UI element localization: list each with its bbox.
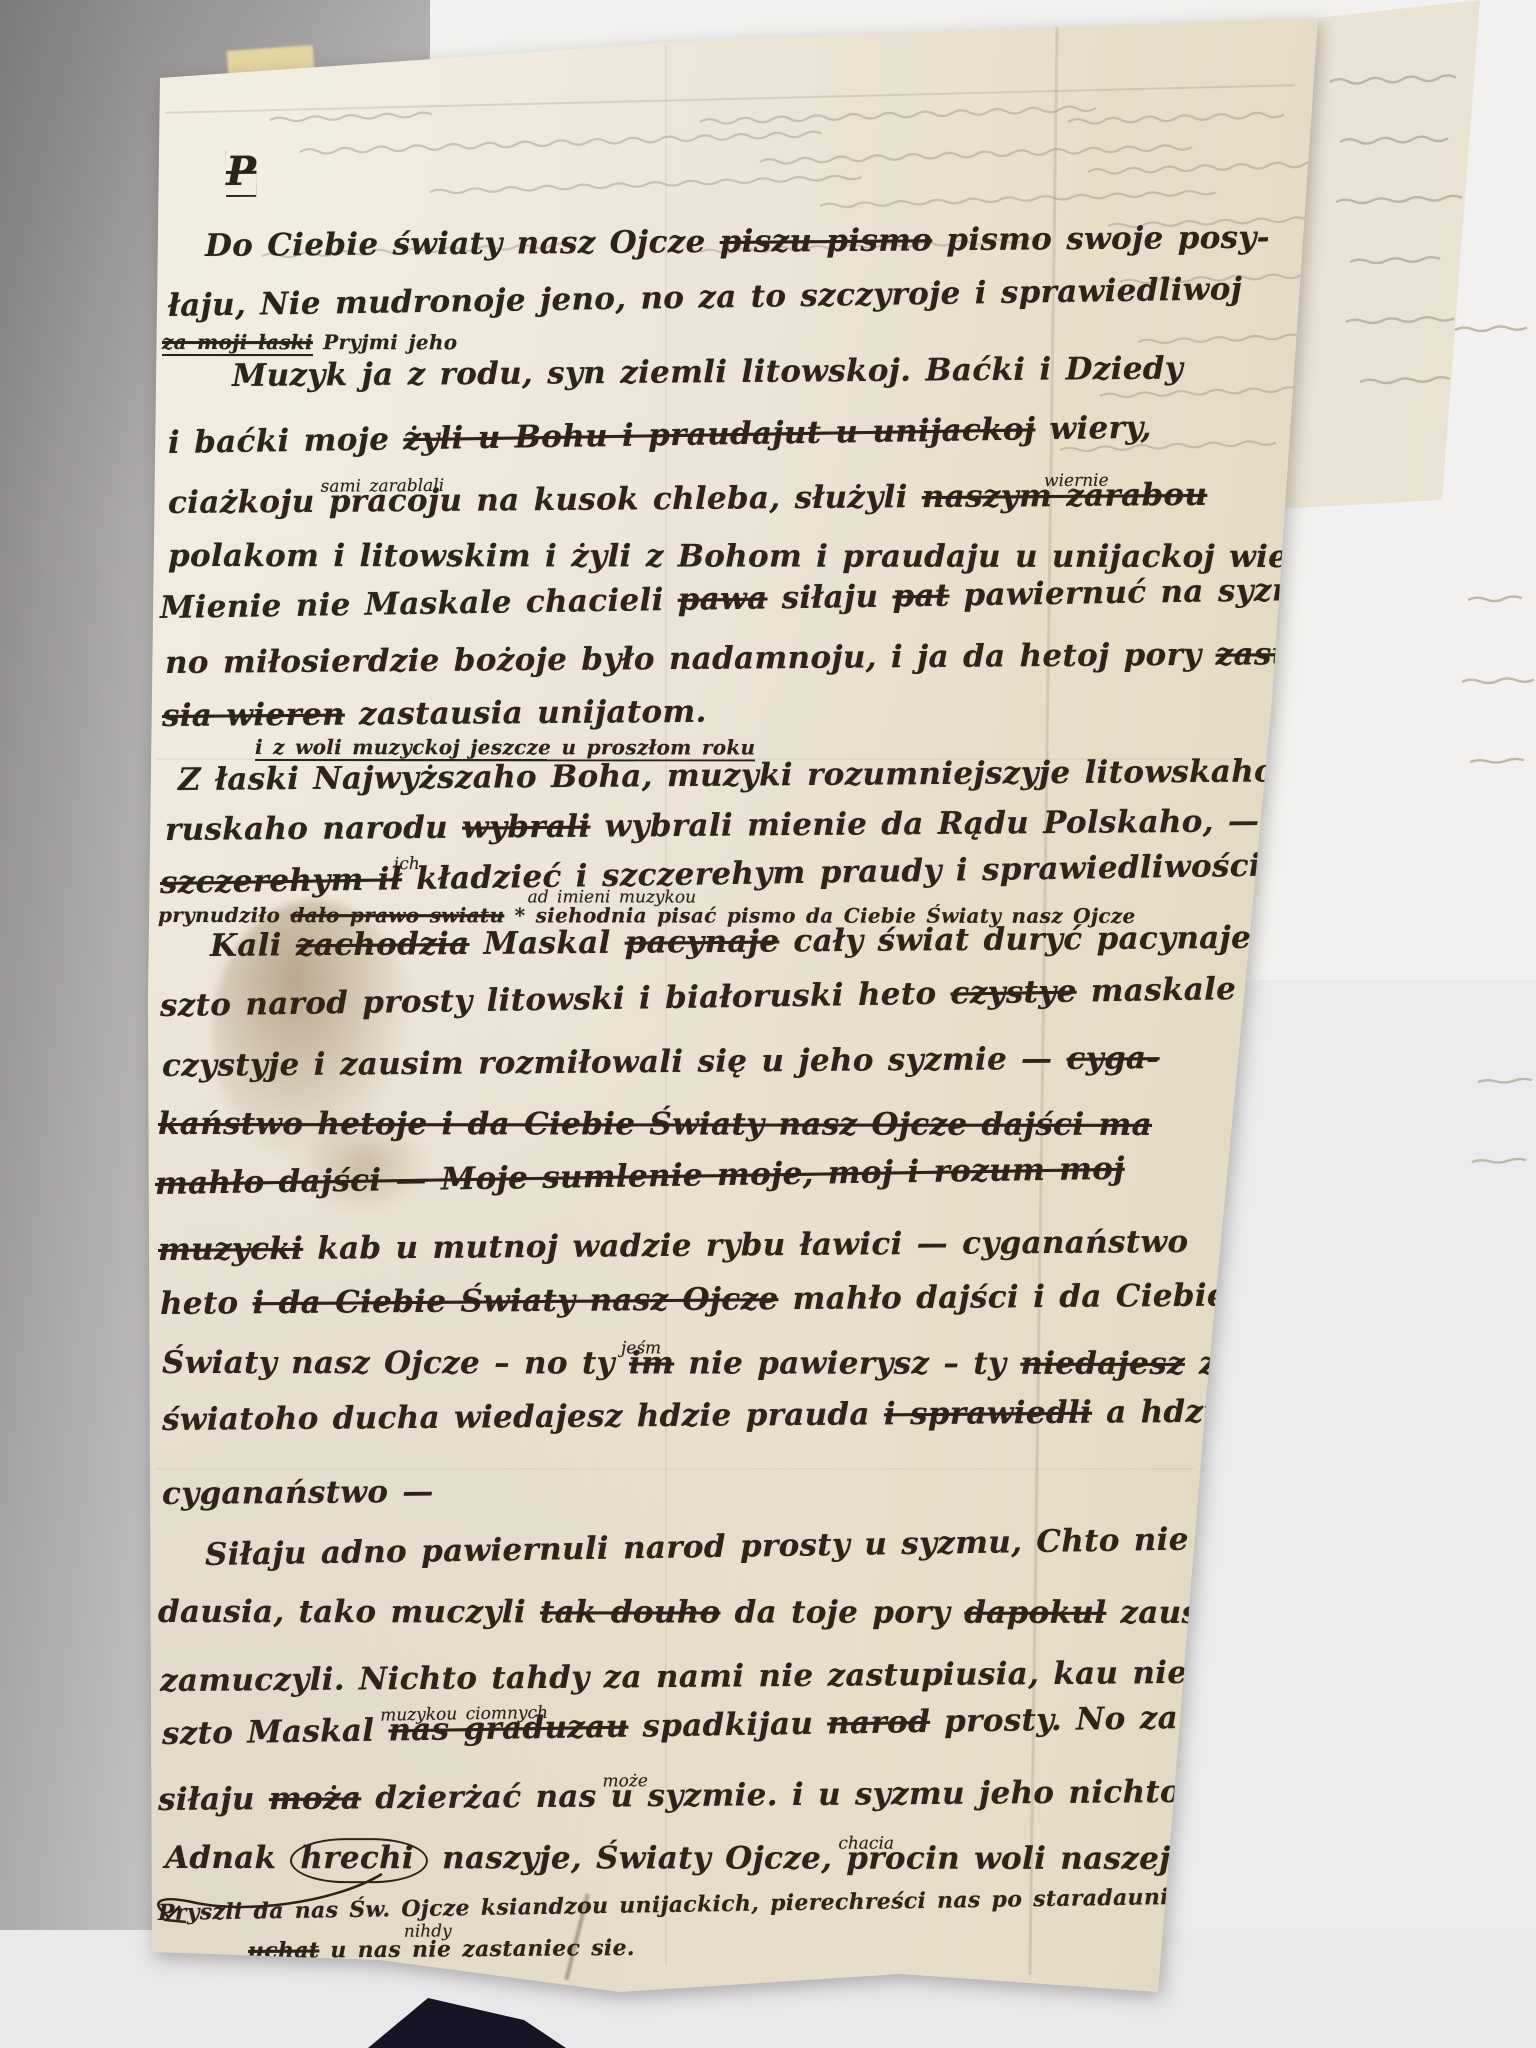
manuscript-line: no miłosierdzie bożoje było nadamnoju, i… [165, 636, 1330, 681]
manuscript-line: czystyje i zausim rozmiłowali się u jeho… [162, 1040, 1160, 1084]
handwritten-text: maskale [1076, 971, 1236, 1010]
handwritten-text: wiery, [1035, 410, 1152, 448]
struck-text: sia wieren [162, 697, 345, 734]
struck-text: pawa [677, 580, 767, 617]
handwritten-text: wybrali mienie da Rądu Polskaho, — kab d… [590, 802, 1433, 845]
struck-text: zachodzia [296, 926, 470, 963]
struck-text: piszu pismo [720, 222, 933, 260]
handwritten-text: polakom i litowskim i żyli z Bohom i pra… [168, 538, 1331, 575]
handwritten-text: szto Maskal [162, 1712, 389, 1752]
handwritten-text: Adnak [165, 1840, 290, 1876]
struck-text: kaństwo hetoje i da Ciebie Światy nasz O… [158, 1106, 1152, 1143]
struck-text: cyga- [1066, 1040, 1159, 1077]
manuscript-line: Mienie nie Maskale chacieli pawa siłaju … [160, 572, 1328, 626]
handwritten-text: prynudziło [158, 903, 290, 927]
struck-text: tak douho [540, 1594, 721, 1630]
handwritten-text: Pryjmi jeho [313, 330, 458, 354]
handwritten-text: ruskaho narodu [165, 810, 462, 848]
handwritten-text: czystyje i zausim rozmiłowali się u jeho… [162, 1041, 1067, 1084]
manuscript-line: kaństwo hetoje i da Ciebie Światy nasz O… [158, 1106, 1152, 1143]
manuscript-line: szto Maskal muzykou ciomnychnas graduzau… [162, 1698, 1329, 1752]
handwritten-text: Do Ciebie światy nasz Ojcze [205, 224, 720, 264]
handwritten-text: pismo swoje posy- [932, 220, 1270, 259]
handwritten-text: Siłaju adno pawiernuli narod prosty u sy… [205, 1520, 1281, 1573]
handwritten-text: cyganaństwo — [162, 1474, 434, 1512]
struck-text: i da Ciebie Światy nasz Ojcze [252, 1281, 778, 1321]
manuscript-line: dausia, tako muczyli tak douho da toje p… [158, 1594, 1314, 1631]
struck-text: szczerehym ił [160, 861, 403, 901]
handwritten-text: zausim nie [1106, 1595, 1313, 1631]
handwritten-text: Muzyk ja z rodu, syn ziemli litowskoj. B… [232, 351, 1183, 394]
handwritten-text: dausia, tako muczyli [158, 1594, 540, 1630]
manuscript-line: heto i da Ciebie Światy nasz Ojcze mahło… [160, 1278, 1227, 1322]
struck-text: muzycki [158, 1231, 303, 1268]
manuscript-line: i baćki moje żyli u Bohu i praudajut u u… [168, 410, 1152, 461]
struck-text: pat [892, 578, 950, 615]
handwritten-text: światoho ducha wiedajesz hdzie prauda [162, 1396, 884, 1438]
struck-text: naszym [922, 478, 1053, 515]
handwritten-text: i z woli muzyckoj [255, 735, 470, 759]
manuscript-line: łaju, Nie mudronoje jeno, no za to szczy… [168, 271, 1243, 324]
handwritten-text: zamuczyli. Nichto tahdy za nami nie zast… [160, 1654, 1320, 1699]
handwritten-text: Kali [210, 927, 296, 964]
handwritten-text: szto narod prosty litowski i białoruski … [160, 976, 951, 1024]
manuscript-line: Światy nasz Ojcze – no ty jeśmim nie paw… [162, 1345, 1315, 1382]
letter-paper-wrap: PDo Ciebie światy nasz Ojcze piszu pismo… [0, 0, 1536, 2048]
handwritten-text: z łaski [1185, 1346, 1315, 1382]
handwritten-text: siłaju [767, 578, 893, 616]
manuscript-line: mahło dajści — Moje sumlenie moje, moj i… [155, 1151, 1125, 1202]
struck-text: narod [827, 1704, 930, 1742]
manuscript-line: zamuczyli. Nichto tahdy za nami nie zast… [160, 1654, 1320, 1699]
manuscript-line: Pryszli da nas Św. Ojcze ksiandzou unija… [158, 1881, 1346, 1926]
manuscript-line: polakom i litowskim i żyli z Bohom i pra… [168, 538, 1331, 575]
manuscript-line: Kali zachodzia Maskal pacynaje cały świa… [210, 920, 1263, 964]
handwritten-text: a hdzie [1092, 1394, 1236, 1431]
manuscript-line: Adnak hrechi naszyje, Światy Ojcze, chac… [165, 1840, 1345, 1877]
struck-text: wybrali [462, 809, 591, 846]
manuscript-line: Siłaju adno pawiernuli narod prosty u sy… [205, 1520, 1281, 1573]
handwritten-text: Mienie nie Maskale chacieli [160, 582, 678, 626]
manuscript-line: ruskaho narodu wybrali wybrali mienie da… [165, 802, 1433, 848]
handwritten-text: ciażkoju [168, 484, 329, 521]
manuscript-lines: PDo Ciebie światy nasz Ojcze piszu pismo… [0, 0, 1536, 2048]
handwritten-text: hrechi [290, 1838, 428, 1883]
struck-text: dapokul [964, 1595, 1106, 1631]
manuscript-line: P [226, 148, 257, 195]
handwritten-text: mahło dajści i da Ciebie [778, 1278, 1227, 1318]
struck-text: moża [269, 1780, 362, 1817]
manuscript-line: Muzyk ja z rodu, syn ziemli litowskoj. B… [232, 351, 1183, 394]
struck-text: pacynaje [625, 924, 780, 961]
handwritten-text: pawiernuć na syzmu [949, 572, 1328, 614]
handwritten-text: zastausia unijatom. [345, 694, 707, 733]
handwritten-text: jeszcze u proszłom roku [470, 735, 755, 759]
handwritten-text: i baćki moje [168, 421, 404, 461]
struck-text: i sprawiedli [884, 1395, 1092, 1433]
struck-text: za moji łaski [162, 330, 313, 354]
manuscript-line: szto narod prosty litowski i białoruski … [160, 971, 1237, 1024]
handwritten-text: procin woli naszej, wielikije [846, 1841, 1344, 1877]
manuscript-line: szczerehym iłich kładzieć i szczerehym p… [160, 844, 1506, 901]
manuscript-line: światoho ducha wiedajesz hdzie prauda i … [162, 1394, 1236, 1438]
manuscript-line: muzycki kab u mutnoj wadzie rybu ławici … [158, 1224, 1189, 1268]
handwritten-text: da toje pory [721, 1594, 965, 1630]
handwritten-text: łaju, Nie mudronoje jeno, no za to szczy… [168, 271, 1243, 324]
struck-text: dało prawo swiatu [290, 903, 504, 927]
handwritten-text: spadkijau [628, 1706, 827, 1745]
handwritten-text: siłaju [158, 1781, 269, 1818]
letter-paper: PDo Ciebie światy nasz Ojcze piszu pismo… [0, 0, 1536, 2048]
handwritten-text: u syzmie. i u syzmu jeho nichto nie wier… [610, 1772, 1388, 1814]
struck-text: P [226, 148, 257, 195]
struck-text: mahło dajści — Moje sumlenie moje, moj i… [155, 1151, 1125, 1202]
photograph-of-letter: PDo Ciebie światy nasz Ojcze piszu pismo… [0, 0, 1536, 2048]
struck-text: zastau [1215, 636, 1329, 673]
manuscript-line: siłaju moża dzierżać nas możeu syzmie. i… [158, 1772, 1389, 1818]
handwritten-text: heto [160, 1285, 253, 1322]
manuscript-line: sia wieren zastausia unijatom. [162, 694, 707, 734]
struck-text: niedajesz [1020, 1346, 1185, 1382]
handwritten-text: Światy nasz Ojcze – no ty [162, 1345, 629, 1381]
handwritten-text: Pryszli da nas Św. Ojcze ksiandzou unija… [158, 1881, 1346, 1926]
struck-text: uchat [248, 1937, 320, 1964]
handwritten-text: naszyje, Światy Ojcze, [428, 1840, 846, 1876]
handwritten-text: nie pawierysz – ty [674, 1345, 1020, 1381]
handwritten-text: Maskal [469, 925, 624, 962]
manuscript-line: cyganaństwo — [162, 1474, 434, 1512]
struck-text: czystye [950, 974, 1077, 1012]
manuscript-line: Do Ciebie światy nasz Ojcze piszu pismo … [205, 220, 1270, 264]
manuscript-line: za moji łaski Pryjmi jeho [162, 330, 457, 354]
handwritten-text: cały świat duryć pacynaje, [779, 920, 1262, 960]
manuscript-line: i z woli muzyckoj jeszcze u proszłom rok… [255, 735, 755, 759]
handwritten-text: kab u mutnoj wadzie rybu ławici — cygana… [303, 1224, 1188, 1267]
handwritten-text: u nas [319, 1937, 412, 1964]
manuscript-line: uchat u nas nihdynie zastaniec sie. [248, 1935, 635, 1964]
handwritten-text: no miłosierdzie bożoje było nadamnoju, i… [165, 637, 1216, 681]
handwritten-text: dzierżać nas [361, 1778, 611, 1816]
handwritten-text: prosty. No za to adno [930, 1698, 1328, 1740]
manuscript-line: ciażkoju sami zarablalipracoju na kusok … [168, 477, 1208, 521]
struck-text: żyli u Bohu i praudajut u unijackoj [403, 411, 1036, 457]
